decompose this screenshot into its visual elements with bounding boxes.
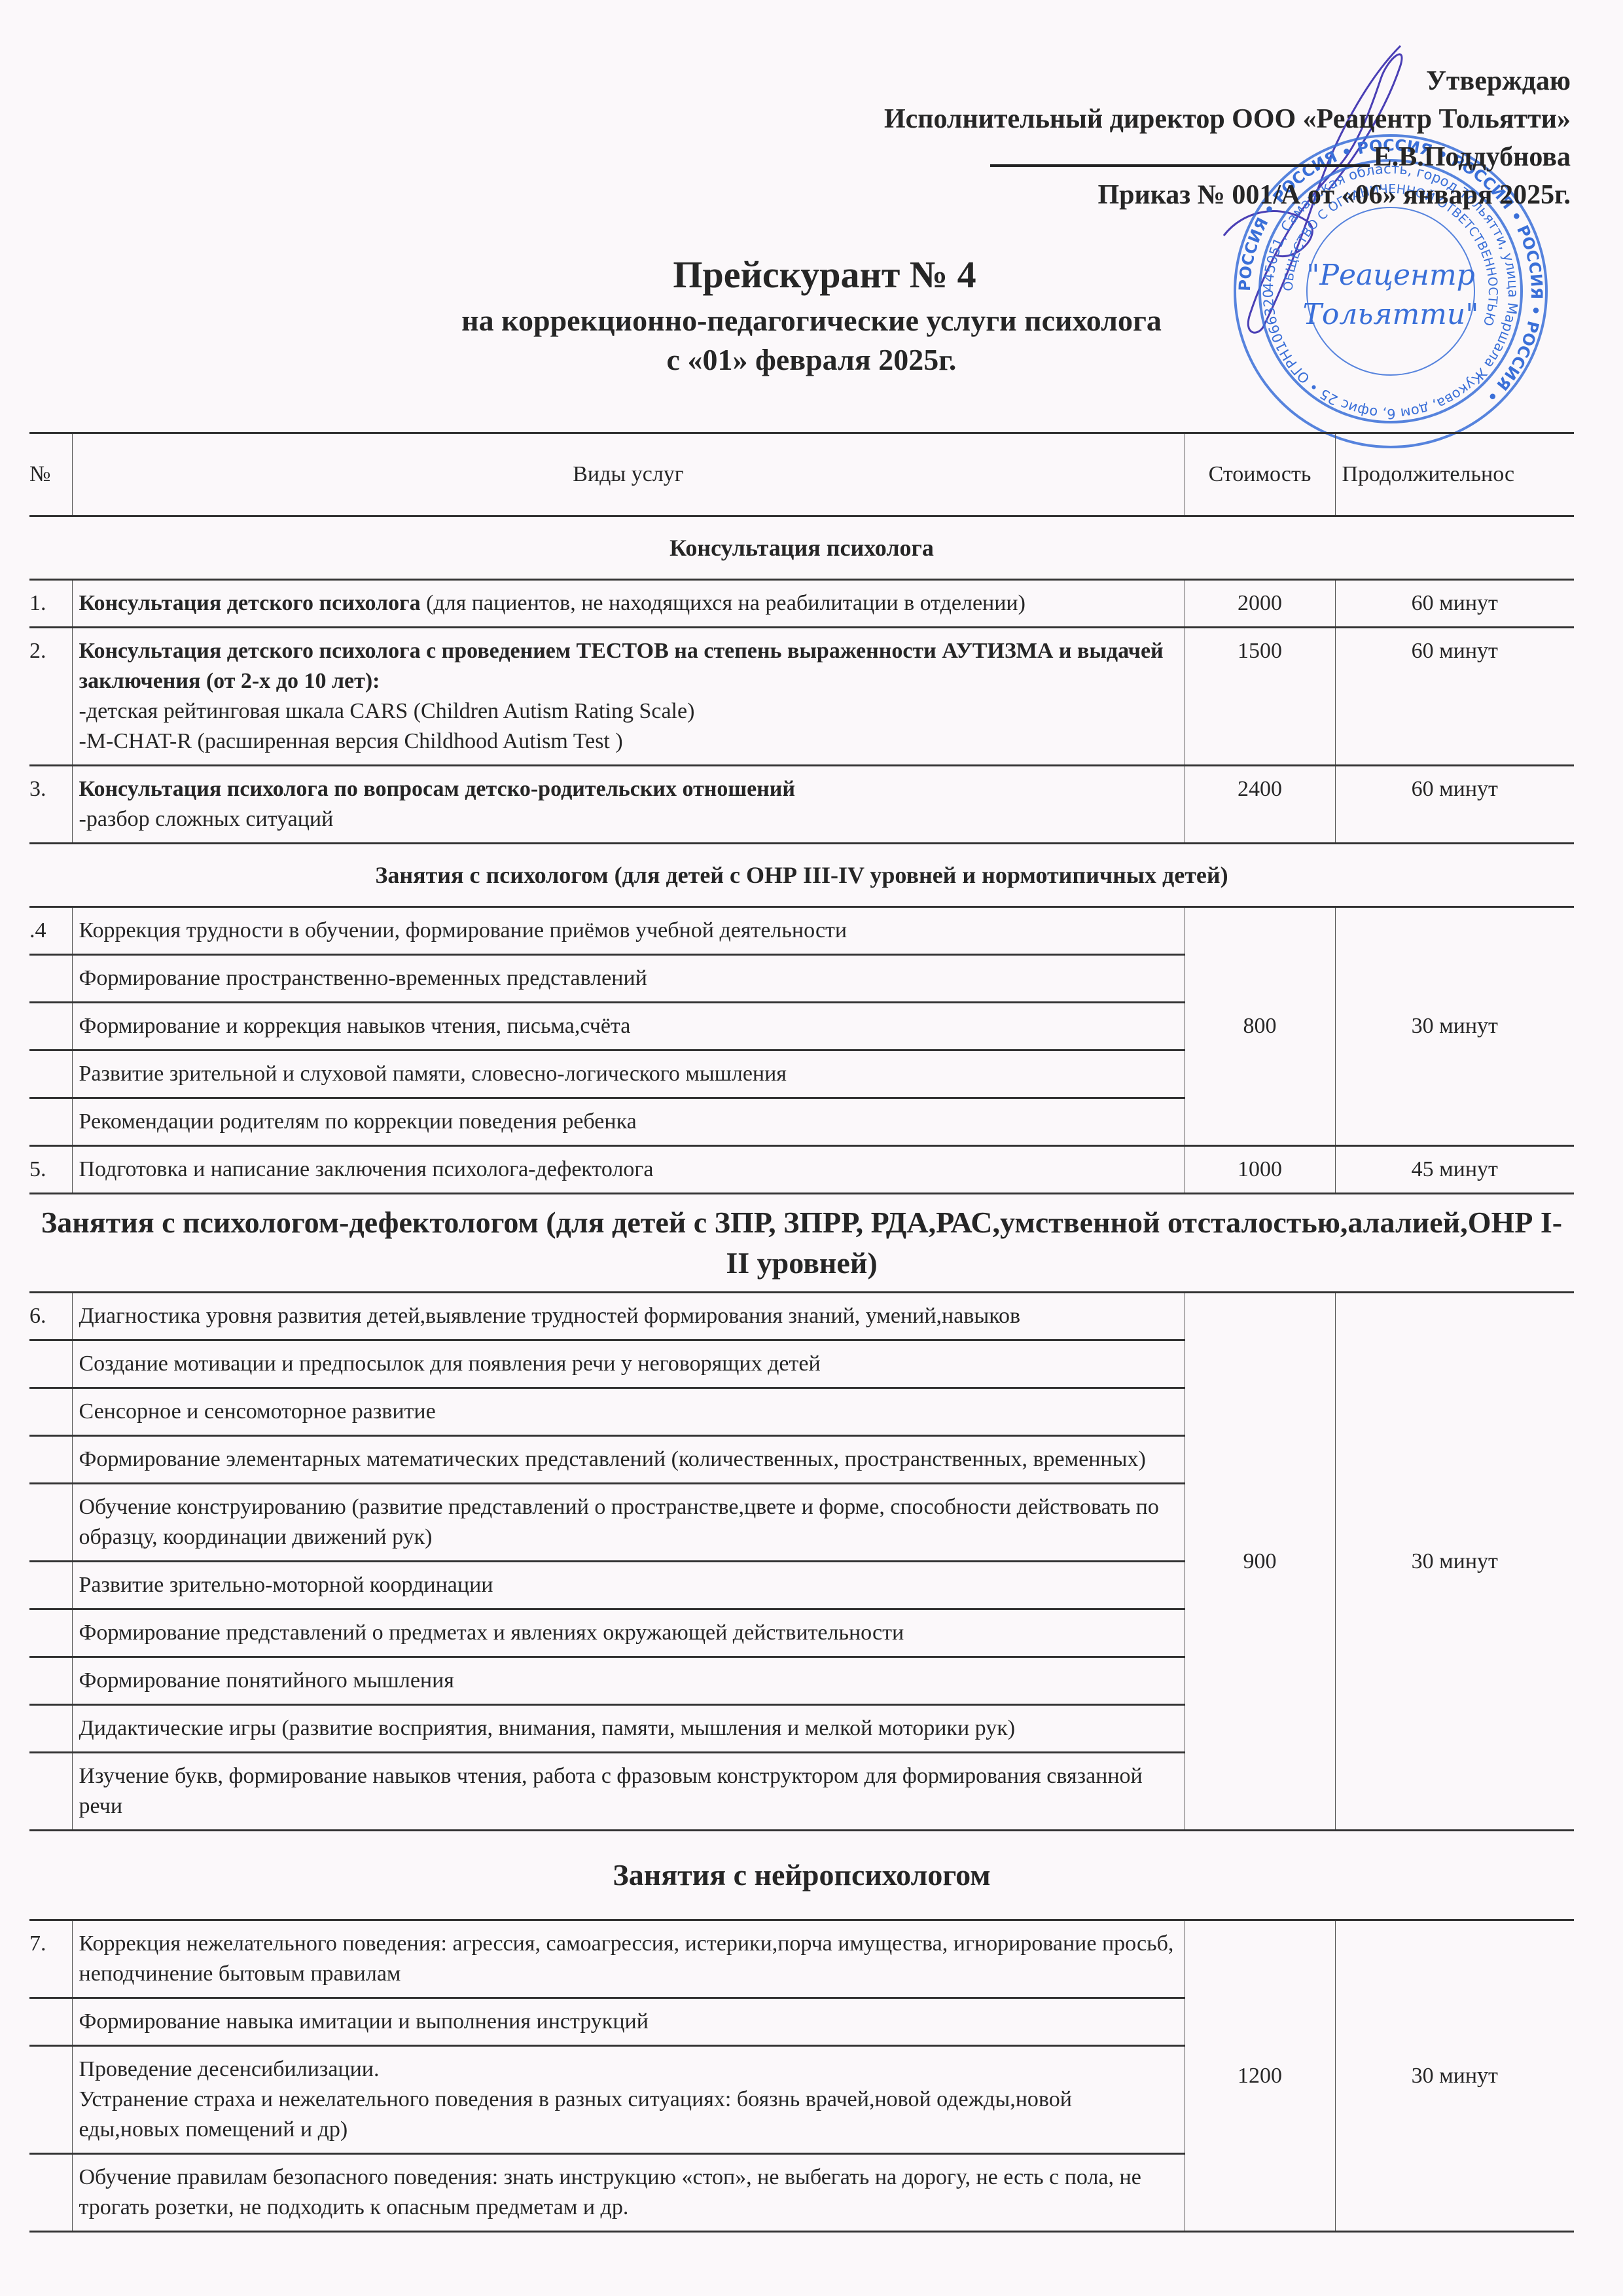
effective-date: с «01» февраля 2025г. [0,340,1623,380]
section-title: Занятия с психологом (для детей с ОНР II… [29,844,1574,907]
service-description: Рекомендации родителям по коррекции пове… [72,1098,1185,1146]
service-description: Сенсорное и сенсомоторное развитие [72,1388,1185,1436]
section-title: Консультация психолога [29,516,1574,580]
approval-word: Утверждаю [884,62,1571,100]
service-cost: 1500 [1185,628,1335,766]
service-duration: 60 минут [1335,766,1574,844]
row-number: 2. [29,628,72,766]
row-number [29,2154,72,2232]
table-row: 7.Коррекция нежелательного поведения: аг… [29,1920,1574,1998]
service-description: Диагностика уровня развития детей,выявле… [72,1293,1185,1340]
service-description: Формирование и коррекция навыков чтения,… [72,1003,1185,1050]
approver-name: Е.В.Поддубнова [1374,142,1571,172]
service-detail-line: -детская рейтинговая шкала CARS (Childre… [79,696,1178,726]
service-duration: 45 минут [1335,1146,1574,1194]
row-number [29,1998,72,2046]
service-description: Обучение правилам безопасного поведения:… [72,2154,1185,2232]
service-detail-line: -разбор сложных ситуаций [79,804,1178,834]
service-name: Консультация психолога по вопросам детск… [79,777,795,801]
document-title: Прейскурант № 4 [0,249,1623,301]
service-cost: 2400 [1185,766,1335,844]
price-table-body: Консультация психолога1.Консультация дет… [29,516,1574,2232]
signature-line [990,164,1370,167]
approval-block: Утверждаю Исполнительный директор ООО «Р… [884,62,1571,214]
row-number [29,1753,72,1831]
row-number: 6. [29,1293,72,1340]
service-duration: 30 минут [1335,907,1574,1146]
header-service: Виды услуг [72,433,1185,516]
service-note: (для пациентов, не находящихся на реабил… [421,591,1026,615]
document-subtitle: на коррекционно-педагогические услуги пс… [0,301,1623,340]
service-name: Консультация детского психолога [79,591,421,615]
service-duration: 30 минут [1335,1293,1574,1831]
row-number [29,955,72,1003]
service-name: Консультация детского психолога с провед… [79,639,1164,693]
service-duration: 60 минут [1335,628,1574,766]
document-title-block: Прейскурант № 4 на коррекционно-педагоги… [0,249,1623,380]
service-description: Формирование элементарных математических… [72,1436,1185,1484]
row-number [29,1340,72,1388]
section-header-row: Занятия с психологом-дефектологом (для д… [29,1194,1574,1293]
table-row: 6.Диагностика уровня развития детей,выяв… [29,1293,1574,1340]
row-number [29,1562,72,1609]
table-header-row: № Виды услуг Стоимость Продолжительнос [29,433,1574,516]
service-duration: 60 минут [1335,580,1574,628]
service-cost: 900 [1185,1293,1335,1831]
section-header-row: Занятия с психологом (для детей с ОНР II… [29,844,1574,907]
table-row: 5.Подготовка и написание заключения псих… [29,1146,1574,1194]
row-number [29,1609,72,1657]
section-header-row: Занятия с нейропсихологом [29,1831,1574,1920]
table-row: 3.Консультация психолога по вопросам дет… [29,766,1574,844]
service-description: Изучение букв, формирование навыков чтен… [72,1753,1185,1831]
row-number [29,2046,72,2154]
row-number [29,1098,72,1146]
table-row: .4Коррекция трудности в обучении, формир… [29,907,1574,955]
service-description: Формирование пространственно-временных п… [72,955,1185,1003]
row-number [29,1436,72,1484]
row-number [29,1657,72,1705]
approver-position: Исполнительный директор ООО «Реацентр То… [884,100,1571,138]
row-number: 7. [29,1920,72,1998]
header-duration: Продолжительнос [1335,433,1574,516]
service-description: Развитие зрительной и слуховой памяти, с… [72,1050,1185,1098]
row-number [29,1388,72,1436]
service-detail-line: -M-CHAT-R (расширенная версия Childhood … [79,726,1178,757]
section-title: Занятия с психологом-дефектологом (для д… [29,1194,1574,1293]
service-description: Коррекция трудности в обучении, формиров… [72,907,1185,955]
row-number [29,1003,72,1050]
service-cost: 800 [1185,907,1335,1146]
row-number: 3. [29,766,72,844]
header-number: № [29,433,72,516]
row-number [29,1484,72,1562]
row-number [29,1705,72,1753]
service-description: Дидактические игры (развитие восприятия,… [72,1705,1185,1753]
order-reference: Приказ № 001/А от «06» января 2025г. [884,176,1571,214]
service-duration: 30 минут [1335,1920,1574,2232]
service-cost: 1200 [1185,1920,1335,2232]
service-description: Подготовка и написание заключения психол… [72,1146,1185,1194]
service-description: Развитие зрительно-моторной координации [72,1562,1185,1609]
section-header-row: Консультация психолога [29,516,1574,580]
row-number: 1. [29,580,72,628]
service-description: Формирование представлений о предметах и… [72,1609,1185,1657]
service-description: Консультация детского психолога (для пац… [72,580,1185,628]
service-description: Консультация детского психолога с провед… [72,628,1185,766]
row-number: .4 [29,907,72,955]
service-description: Обучение конструированию (развитие предс… [72,1484,1185,1562]
service-description: Формирование навыка имитации и выполнени… [72,1998,1185,2046]
service-description: Консультация психолога по вопросам детск… [72,766,1185,844]
service-description: Проведение десенсибилизации. Устранение … [72,2046,1185,2154]
price-table: № Виды услуг Стоимость Продолжительнос К… [29,432,1574,2233]
row-number: 5. [29,1146,72,1194]
approver-name-line: Е.В.Поддубнова [884,138,1571,176]
row-number [29,1050,72,1098]
table-row: 2.Консультация детского психолога с пров… [29,628,1574,766]
service-description: Коррекция нежелательного поведения: агре… [72,1920,1185,1998]
section-title: Занятия с нейропсихологом [29,1831,1574,1920]
service-cost: 1000 [1185,1146,1335,1194]
header-cost: Стоимость [1185,433,1335,516]
service-cost: 2000 [1185,580,1335,628]
service-description: Формирование понятийного мышления [72,1657,1185,1705]
service-description: Создание мотивации и предпосылок для поя… [72,1340,1185,1388]
table-row: 1.Консультация детского психолога (для п… [29,580,1574,628]
